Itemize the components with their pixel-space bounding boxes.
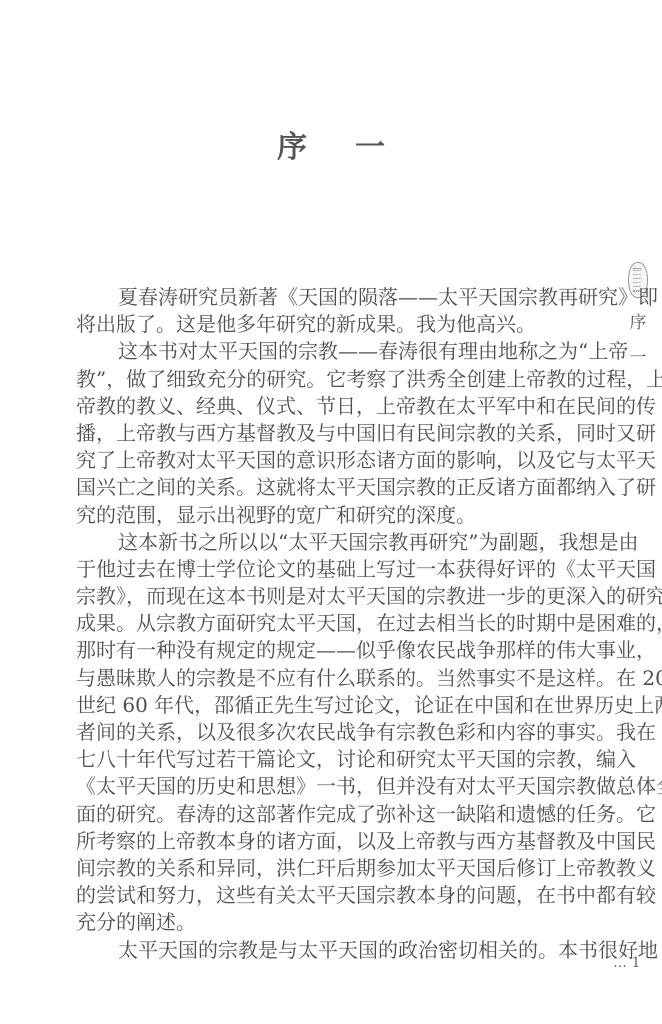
page-number: … 1 (613, 955, 640, 971)
text-line: 夏春涛研究员新著《天国的陨落——太平天国宗教再研究》即 (76, 284, 588, 311)
text-line: 教”，做了细致充分的研究。它考察了洪秀全创建上帝教的过程，上 (76, 366, 588, 393)
text-line: 究的范围，显示出视野的宽广和研究的深度。 (76, 502, 588, 529)
text-line: 与愚昧欺人的宗教是不应有什么联系的。当然事实不是这样。在 20 (76, 665, 588, 692)
text-line: 播，上帝教与西方基督教及与中国旧有民间宗教的关系，同时又研 (76, 420, 588, 447)
title-char-2: 一 (355, 122, 385, 166)
text-line: 间宗教的关系和异同，洪仁玕后期参加太平天国后修订上帝教教义 (76, 855, 588, 882)
text-line: 究了上帝教对太平天国的意识形态诸方面的影响，以及它与太平天 (76, 447, 588, 474)
text-line: 世纪 60 年代，邵循正先生写过论文，论证在中国和在世界历史上两 (76, 692, 588, 719)
text-line: 帝教的教义、经典、仪式、节日，上帝教在太平军中和在民间的传 (76, 393, 588, 420)
text-line: 成果。从宗教方面研究太平天国，在过去相当长的时期中是困难的， (76, 610, 588, 637)
text-line: 于他过去在博士学位论文的基础上写过一本获得好评的《太平天国 (76, 556, 588, 583)
text-line: 这本书对太平天国的宗教——春涛很有理由地称之为“上帝 (76, 338, 588, 365)
text-line: 者间的关系，以及很多次农民战争有宗教色彩和内容的事实。我在 (76, 719, 588, 746)
text-line: 这本新书之所以以“太平天国宗教再研究”为副题，我想是由 (76, 529, 588, 556)
text-line: 那时有一种没有规定的规定——似乎像农民战争那样的伟大事业， (76, 637, 588, 664)
title-char-1: 序 (277, 122, 307, 166)
text-line: 七八十年代写过若干篇论文，讨论和研究太平天国的宗教，编入 (76, 746, 588, 773)
page-title: 序一 (0, 122, 662, 166)
text-line: 太平天国的宗教是与太平天国的政治密切相关的。本书很好地 (76, 937, 588, 964)
text-line: 的尝试和努力，这些有关太平天国宗教本身的问题，在书中都有较 (76, 882, 588, 909)
text-line: 面的研究。春涛的这部著作完成了弥补这一缺陷和遗憾的任务。它 (76, 801, 588, 828)
text-line: 宗教》，而现在这本书则是对太平天国的宗教进一步的更深入的研究 (76, 583, 588, 610)
text-line: 《太平天国的历史和思想》一书，但并没有对太平天国宗教做总体全 (76, 773, 588, 800)
side-tab-label-1: 序 (624, 308, 652, 333)
text-line: 将出版了。这是他多年研究的新成果。我为他高兴。 (76, 311, 588, 338)
body-text: 夏春涛研究员新著《天国的陨落——太平天国宗教再研究》即 将出版了。这是他多年研究… (76, 284, 588, 964)
text-line: 所考察的上帝教本身的诸方面，以及上帝教与西方基督教及中国民 (76, 828, 588, 855)
text-line: 国兴亡之间的关系。这就将太平天国宗教的正反诸方面都纳入了研 (76, 474, 588, 501)
text-line: 充分的阐述。 (76, 909, 588, 936)
